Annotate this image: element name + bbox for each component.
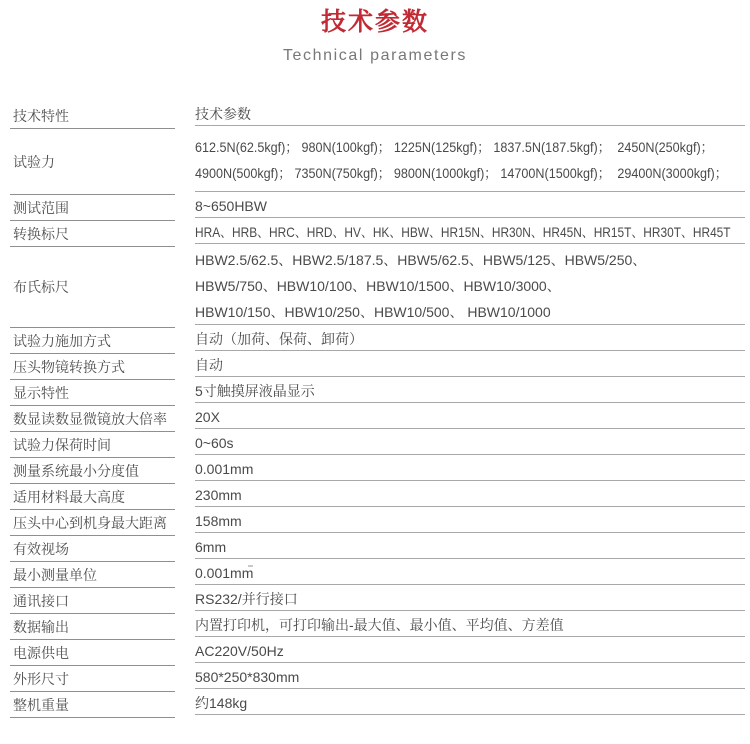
table-row-force-application: 试验力施加方式 自动（加荷、保荷、卸荷）	[10, 328, 745, 354]
row-value: 5寸触摸屏液晶显示	[195, 380, 745, 403]
row-value: 230mm	[195, 484, 745, 507]
row-label: 压头中心到机身最大距离	[10, 510, 175, 536]
row-value: HRA、HRB、HRC、HRD、HV、HK、HBW、HR15N、HR30N、HR…	[195, 221, 745, 244]
value-line: 4900N(500kgf)； 7350N(750kgf)； 9800N(1000…	[195, 160, 690, 186]
table-row-min-graduation: 测量系统最小分度值 0.001mm	[10, 458, 745, 484]
row-label: 数据输出	[10, 614, 175, 640]
table-row-throat-depth: 压头中心到机身最大距离 158mm	[10, 510, 745, 536]
table-row-test-force: 试验力 612.5N(62.5kgf)； 980N(100kgf)； 1225N…	[10, 129, 745, 195]
row-value: 6mm	[195, 536, 745, 559]
row-label: 电源供电	[10, 640, 175, 666]
table-row-magnification: 数显读数显微镜放大倍率 20X	[10, 406, 745, 432]
row-value: 8~650HBW	[195, 195, 745, 218]
table-row-test-range: 测试范围 8~650HBW	[10, 195, 745, 221]
table-row-power-supply: 电源供电 AC220V/50Hz	[10, 640, 745, 666]
table-row-dwell-time: 试验力保荷时间 0~60s	[10, 432, 745, 458]
row-value: HBW2.5/62.5、HBW2.5/187.5、HBW5/62.5、HBW5/…	[195, 247, 745, 325]
spec-table: 技术特性 技术参数 试验力 612.5N(62.5kgf)； 980N(100k…	[10, 103, 745, 718]
table-row-weight: 整机重量 约148kg	[10, 692, 745, 718]
table-row-min-unit: 最小测量单位 0.001mm	[10, 562, 745, 588]
table-row-dimensions: 外形尺寸 580*250*830mm	[10, 666, 745, 692]
row-label: 整机重量	[10, 692, 175, 718]
row-label: 有效视场	[10, 536, 175, 562]
row-value: 0.001mm	[195, 562, 745, 585]
value-line: HBW10/150、HBW10/250、HBW10/500、 HBW10/100…	[195, 299, 745, 325]
table-row-comm-interface: 通讯接口 RS232/并行接口	[10, 588, 745, 614]
row-label: 试验力保荷时间	[10, 432, 175, 458]
table-row-max-height: 适用材料最大高度 230mm	[10, 484, 745, 510]
row-label: 最小测量单位	[10, 562, 175, 588]
row-value: 612.5N(62.5kgf)； 980N(100kgf)； 1225N(125…	[195, 129, 745, 192]
row-label: 显示特性	[10, 380, 175, 406]
row-label: 压头物镜转换方式	[10, 354, 175, 380]
row-value: 约148kg	[195, 692, 745, 715]
table-row-conversion-scales: 转换标尺 HRA、HRB、HRC、HRD、HV、HK、HBW、HR15N、HR3…	[10, 221, 745, 247]
row-label: 测试范围	[10, 195, 175, 221]
header-value-cell: 技术参数	[195, 103, 745, 126]
table-row-display: 显示特性 5寸触摸屏液晶显示	[10, 380, 745, 406]
page-subtitle: Technical parameters	[0, 46, 750, 66]
row-label: 通讯接口	[10, 588, 175, 614]
row-value: AC220V/50Hz	[195, 640, 745, 663]
row-label: 外形尺寸	[10, 666, 175, 692]
row-label: 转换标尺	[10, 221, 175, 247]
row-value: 0~60s	[195, 432, 745, 455]
row-value: 自动（加荷、保荷、卸荷）	[195, 328, 745, 351]
row-value: 580*250*830mm	[195, 666, 745, 689]
page-title: 技术参数	[0, 7, 750, 37]
row-value: 0.001mm	[195, 458, 745, 481]
stray-mark	[248, 565, 253, 567]
row-label: 适用材料最大高度	[10, 484, 175, 510]
row-value: 内置打印机，可打印输出-最大值、最小值、平均值、方差值	[195, 614, 745, 637]
row-label: 试验力	[10, 129, 175, 195]
table-row-data-output: 数据输出 内置打印机，可打印输出-最大值、最小值、平均值、方差值	[10, 614, 745, 640]
row-value: 158mm	[195, 510, 745, 533]
table-row-field-of-view: 有效视场 6mm	[10, 536, 745, 562]
value-line: HBW5/750、HBW10/100、HBW10/1500、HBW10/3000…	[195, 273, 745, 299]
row-value: 20X	[195, 406, 745, 429]
value-line: HBW2.5/62.5、HBW2.5/187.5、HBW5/62.5、HBW5/…	[195, 247, 745, 273]
row-value: 自动	[195, 354, 745, 377]
table-row-brinell-scales: 布氏标尺 HBW2.5/62.5、HBW2.5/187.5、HBW5/62.5、…	[10, 247, 745, 328]
table-row-turret-switch: 压头物镜转换方式 自动	[10, 354, 745, 380]
table-header-row: 技术特性 技术参数	[10, 103, 745, 129]
row-label: 布氏标尺	[10, 247, 175, 328]
row-value: RS232/并行接口	[195, 588, 745, 611]
value-line: 612.5N(62.5kgf)； 980N(100kgf)； 1225N(125…	[195, 134, 690, 160]
row-label: 测量系统最小分度值	[10, 458, 175, 484]
header-label-cell: 技术特性	[10, 103, 175, 129]
row-label: 数显读数显微镜放大倍率	[10, 406, 175, 432]
page-header: 技术参数 Technical parameters	[0, 0, 750, 66]
row-label: 试验力施加方式	[10, 328, 175, 354]
